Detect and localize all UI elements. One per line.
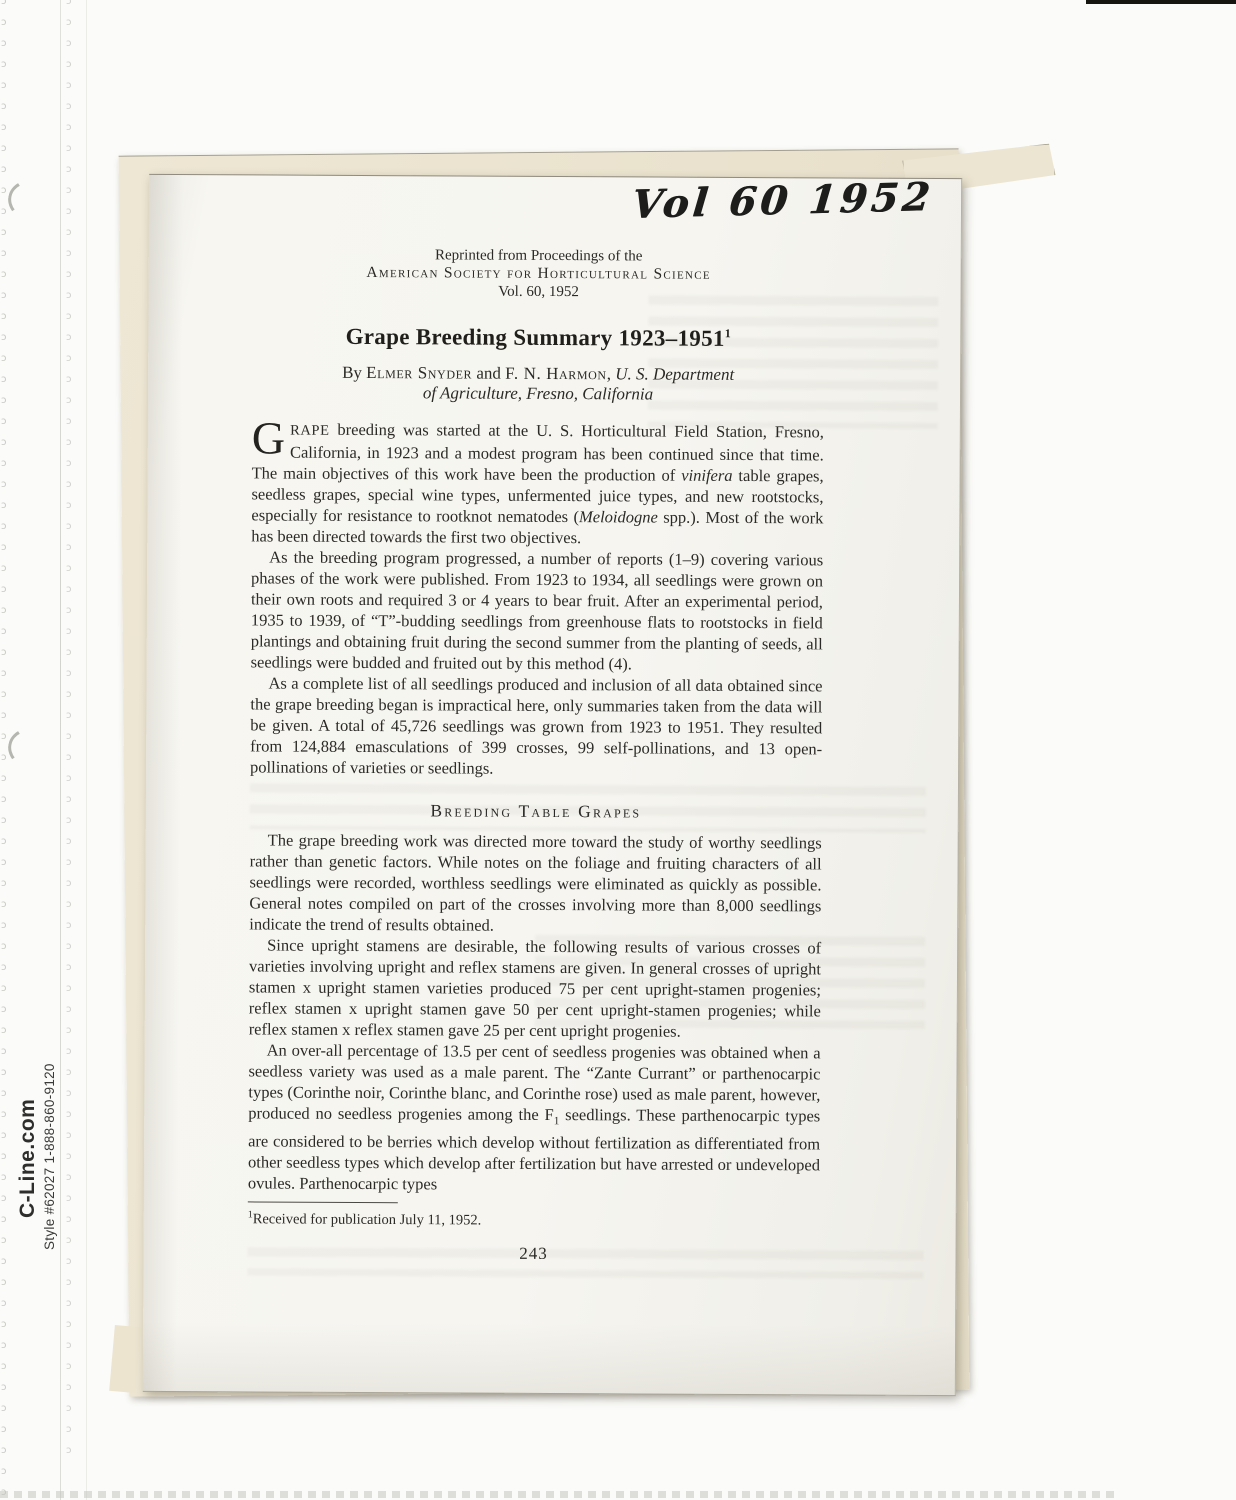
stitch-mark: ɔ	[66, 1341, 72, 1351]
section-heading: Breeding Table Grapes	[250, 799, 822, 823]
stitch-mark: ɔ	[66, 984, 72, 994]
scan-edge-artifact	[1086, 0, 1236, 4]
byline-prefix: By	[342, 363, 366, 382]
stitch-mark: ɔ	[66, 228, 72, 238]
stitch-mark: ɔ	[66, 774, 72, 784]
stitch-mark: ɔ	[66, 1194, 72, 1204]
stitch-mark: ɔ	[1, 1173, 7, 1183]
stitch-mark: ɔ	[1, 753, 7, 763]
stitch-mark: ɔ	[66, 1278, 72, 1288]
sleeve-style-number-text: Style #62027 1-888-860-9120	[42, 900, 57, 1250]
stitch-mark: ɔ	[1, 900, 7, 910]
body-paragraph: As a complete list of all seedlings prod…	[250, 672, 823, 780]
stitch-mark: ɔ	[66, 375, 72, 385]
stitch-mark: ɔ	[1, 102, 7, 112]
body-paragraph: Since upright stamens are desirable, the…	[249, 934, 822, 1042]
stitch-mark: ɔ	[66, 0, 72, 7]
footnote-text: Received for publication July 11, 1952.	[253, 1212, 482, 1229]
stitch-mark: ɔ	[1, 1215, 7, 1225]
stitch-mark: ɔ	[1, 18, 7, 28]
affiliation-line-1: U. S. Department	[615, 364, 734, 384]
byline-conjunction: and	[472, 364, 505, 383]
binder-ring-mark	[4, 723, 62, 774]
stitch-mark: ɔ	[66, 1026, 72, 1036]
page-left-shadow	[143, 175, 183, 1391]
stitch-mark: ɔ	[1, 921, 7, 931]
stitch-mark: ɔ	[1, 1404, 7, 1414]
text-segment: The grape breeding work was directed mor…	[249, 831, 822, 935]
stitch-mark: ɔ	[66, 627, 72, 637]
stitch-mark: ɔ	[66, 879, 72, 889]
affiliation-line-2: of Agriculture, Fresno, California	[252, 382, 824, 405]
stitch-mark: ɔ	[1, 984, 7, 994]
stitch-mark: ɔ	[1, 312, 7, 322]
stitch-mark: ɔ	[1, 795, 7, 805]
stitch-mark: ɔ	[1, 1068, 7, 1078]
stitch-mark: ɔ	[66, 1215, 72, 1225]
stitch-mark: ɔ	[1, 837, 7, 847]
stitch-mark: ɔ	[66, 837, 72, 847]
stitch-mark: ɔ	[1, 942, 7, 952]
stitch-mark: ɔ	[66, 606, 72, 616]
article-title-text: Grape Breeding Summary 1923–1951	[346, 324, 725, 351]
stitch-mark: ɔ	[1, 1362, 7, 1372]
stitch-mark: ɔ	[66, 249, 72, 259]
stitch-mark: ɔ	[1, 543, 7, 553]
footnote: 1Received for publication July 11, 1952.	[248, 1207, 820, 1232]
dropcap-letter: G	[252, 418, 290, 456]
stitch-mark: ɔ	[66, 711, 72, 721]
stitch-mark: ɔ	[66, 438, 72, 448]
stitch-mark: ɔ	[66, 1005, 72, 1015]
sleeve-brand-text: C-Line.com	[16, 918, 40, 1218]
stitch-mark: ɔ	[66, 1089, 72, 1099]
byline: By Elmer Snyder and F. N. Harmon, U. S. …	[252, 362, 824, 405]
stitch-mark: ɔ	[66, 816, 72, 826]
stitch-mark: ɔ	[1, 1257, 7, 1267]
stitch-mark: ɔ	[66, 564, 72, 574]
sleeve-stitch-column-inner: ɔɔɔɔɔɔɔɔɔɔɔɔɔɔɔɔɔɔɔɔɔɔɔɔɔɔɔɔɔɔɔɔɔɔɔɔɔɔɔɔ…	[66, 0, 72, 1456]
stitch-mark: ɔ	[1, 564, 7, 574]
stitch-mark: ɔ	[1, 1152, 7, 1162]
stitch-mark: ɔ	[1, 1320, 7, 1330]
stitch-mark: ɔ	[66, 522, 72, 532]
page-number: 243	[247, 1243, 819, 1266]
stitch-mark: ɔ	[66, 207, 72, 217]
stitch-mark: ɔ	[1, 396, 7, 406]
stitch-mark: ɔ	[66, 1236, 72, 1246]
text-segment: RAPE	[290, 423, 330, 439]
stitch-mark: ɔ	[1, 669, 7, 679]
stitch-mark: ɔ	[1, 249, 7, 259]
stitch-mark: ɔ	[66, 585, 72, 595]
stitch-mark: ɔ	[66, 963, 72, 973]
volume-line: Vol. 60, 1952	[253, 281, 825, 302]
stitch-mark: ɔ	[1, 144, 7, 154]
stitch-mark: ɔ	[1, 123, 7, 133]
stitch-mark: ɔ	[1, 627, 7, 637]
stitch-mark: ɔ	[66, 1383, 72, 1393]
author-2: F. N. Harmon	[505, 364, 607, 384]
stitch-mark: ɔ	[66, 795, 72, 805]
stitch-mark: ɔ	[66, 1362, 72, 1372]
stitch-mark: ɔ	[1, 1110, 7, 1120]
stitch-mark: ɔ	[66, 165, 72, 175]
stitch-mark: ɔ	[1, 1194, 7, 1204]
stitch-mark: ɔ	[66, 186, 72, 196]
stitch-mark: ɔ	[66, 1110, 72, 1120]
stitch-mark: ɔ	[66, 1425, 72, 1435]
stitch-mark: ɔ	[1, 1047, 7, 1057]
article-title: Grape Breeding Summary 1923–19511	[252, 323, 824, 352]
stitch-mark: ɔ	[66, 1152, 72, 1162]
stitch-mark: ɔ	[1, 1236, 7, 1246]
stitch-mark: ɔ	[1, 816, 7, 826]
body-paragraph: The grape breeding work was directed mor…	[249, 829, 822, 937]
stitch-mark: ɔ	[1, 81, 7, 91]
stitch-mark: ɔ	[1, 1299, 7, 1309]
stitch-mark: ɔ	[66, 333, 72, 343]
stitch-mark: ɔ	[1, 270, 7, 280]
stitch-mark: ɔ	[1, 228, 7, 238]
article-body: GRAPE breeding was started at the U. S. …	[248, 418, 824, 1196]
stitch-mark: ɔ	[1, 1341, 7, 1351]
binder-ring-mark	[4, 175, 62, 226]
stitch-mark: ɔ	[1, 1026, 7, 1036]
stitch-mark: ɔ	[66, 123, 72, 133]
sleeve-fold-line-2	[86, 0, 87, 1500]
stitch-mark: ɔ	[1, 417, 7, 427]
stitch-mark: ɔ	[66, 648, 72, 658]
stitch-mark: ɔ	[66, 1320, 72, 1330]
stitch-mark: ɔ	[66, 501, 72, 511]
stitch-mark: ɔ	[66, 1131, 72, 1141]
stitch-mark: ɔ	[66, 1047, 72, 1057]
stitch-mark: ɔ	[1, 963, 7, 973]
scanned-document-page: { "sleeve": { "brand": "C-Line.com", "st…	[0, 0, 1236, 1500]
stitch-mark: ɔ	[66, 1173, 72, 1183]
stitch-mark: ɔ	[66, 312, 72, 322]
stitch-mark: ɔ	[66, 291, 72, 301]
stitch-mark: ɔ	[66, 753, 72, 763]
text-segment: vinifera	[681, 466, 732, 485]
stitch-mark: ɔ	[1, 207, 7, 217]
sleeve-stitch-row-bottom	[0, 1491, 1120, 1498]
stitch-mark: ɔ	[1, 165, 7, 175]
stitch-mark: ɔ	[66, 1257, 72, 1267]
stitch-mark: ɔ	[1, 501, 7, 511]
stitch-mark: ɔ	[66, 60, 72, 70]
stitch-mark: ɔ	[66, 543, 72, 553]
stitch-mark: ɔ	[66, 1299, 72, 1309]
stitch-mark: ɔ	[66, 480, 72, 490]
stitch-mark: ɔ	[1, 0, 7, 7]
reprint-page: Reprinted from Proceedings of the Americ…	[143, 174, 962, 1396]
stitch-mark: ɔ	[1, 858, 7, 868]
text-segment: As a complete list of all seedlings prod…	[250, 674, 823, 778]
stitch-mark: ɔ	[1, 1089, 7, 1099]
byline-separator: ,	[607, 364, 616, 383]
stitch-mark: ɔ	[1, 459, 7, 469]
text-segment: Since upright stamens are desirable, the…	[249, 936, 822, 1041]
stitch-mark: ɔ	[66, 396, 72, 406]
stitch-mark: ɔ	[1, 1383, 7, 1393]
stitch-mark: ɔ	[66, 102, 72, 112]
stitch-mark: ɔ	[66, 1068, 72, 1078]
text-segment: Meloidogne	[579, 507, 658, 526]
stitch-mark: ɔ	[1, 648, 7, 658]
stitch-mark: ɔ	[1, 879, 7, 889]
stitch-mark: ɔ	[1, 1467, 7, 1477]
handwritten-volume-note: Vol 60 1952	[630, 174, 936, 228]
text-segment: As the breeding program progressed, a nu…	[251, 548, 824, 674]
stitch-mark: ɔ	[66, 669, 72, 679]
stitch-mark: ɔ	[1, 354, 7, 364]
stitch-mark: ɔ	[1, 375, 7, 385]
stitch-mark: ɔ	[1, 333, 7, 343]
stitch-mark: ɔ	[66, 144, 72, 154]
stitch-mark: ɔ	[1, 585, 7, 595]
sleeve-fold-line	[60, 0, 61, 1500]
stitch-mark: ɔ	[66, 18, 72, 28]
stitch-mark: ɔ	[1, 711, 7, 721]
stitch-mark: ɔ	[66, 921, 72, 931]
stitch-mark: ɔ	[1, 774, 7, 784]
printed-content: Reprinted from Proceedings of the Americ…	[247, 245, 824, 1265]
stitch-mark: ɔ	[1, 291, 7, 301]
stitch-mark: ɔ	[1, 438, 7, 448]
footnote-rule	[248, 1202, 398, 1204]
body-paragraph: As the breeding program progressed, a nu…	[251, 546, 824, 675]
body-paragraph: An over-all percentage of 13.5 per cent …	[248, 1039, 821, 1196]
stitch-mark: ɔ	[66, 459, 72, 469]
stitch-mark: ɔ	[66, 858, 72, 868]
stitch-mark: ɔ	[1, 1005, 7, 1015]
stitch-mark: ɔ	[1, 60, 7, 70]
sleeve-stitch-column-left: ɔɔɔɔɔɔɔɔɔɔɔɔɔɔɔɔɔɔɔɔɔɔɔɔɔɔɔɔɔɔɔɔɔɔɔɔɔɔɔɔ…	[1, 0, 7, 1498]
stitch-mark: ɔ	[66, 900, 72, 910]
title-footnote-marker: 1	[725, 326, 731, 340]
stitch-mark: ɔ	[66, 39, 72, 49]
stitch-mark: ɔ	[66, 942, 72, 952]
stitch-mark: ɔ	[1, 606, 7, 616]
stitch-mark: ɔ	[66, 732, 72, 742]
author-1: Elmer Snyder	[366, 363, 472, 383]
stitch-mark: ɔ	[66, 1404, 72, 1414]
stitch-mark: ɔ	[66, 1446, 72, 1456]
stitch-mark: ɔ	[1, 732, 7, 742]
stitch-mark: ɔ	[66, 417, 72, 427]
stitch-mark: ɔ	[66, 354, 72, 364]
stitch-mark: ɔ	[66, 270, 72, 280]
stitch-mark: ɔ	[1, 1425, 7, 1435]
stitch-mark: ɔ	[1, 522, 7, 532]
body-paragraph: GRAPE breeding was started at the U. S. …	[251, 418, 824, 549]
stitch-mark: ɔ	[1, 1446, 7, 1456]
stitch-mark: ɔ	[1, 480, 7, 490]
stitch-mark: ɔ	[1, 186, 7, 196]
stitch-mark: ɔ	[1, 1278, 7, 1288]
stitch-mark: ɔ	[66, 81, 72, 91]
stitch-mark: ɔ	[1, 1131, 7, 1141]
reprint-header: Reprinted from Proceedings of the Americ…	[253, 245, 825, 302]
page-bottom-shadow	[143, 1321, 955, 1395]
stitch-mark: ɔ	[1, 690, 7, 700]
stitch-mark: ɔ	[1, 39, 7, 49]
stitch-mark: ɔ	[66, 690, 72, 700]
